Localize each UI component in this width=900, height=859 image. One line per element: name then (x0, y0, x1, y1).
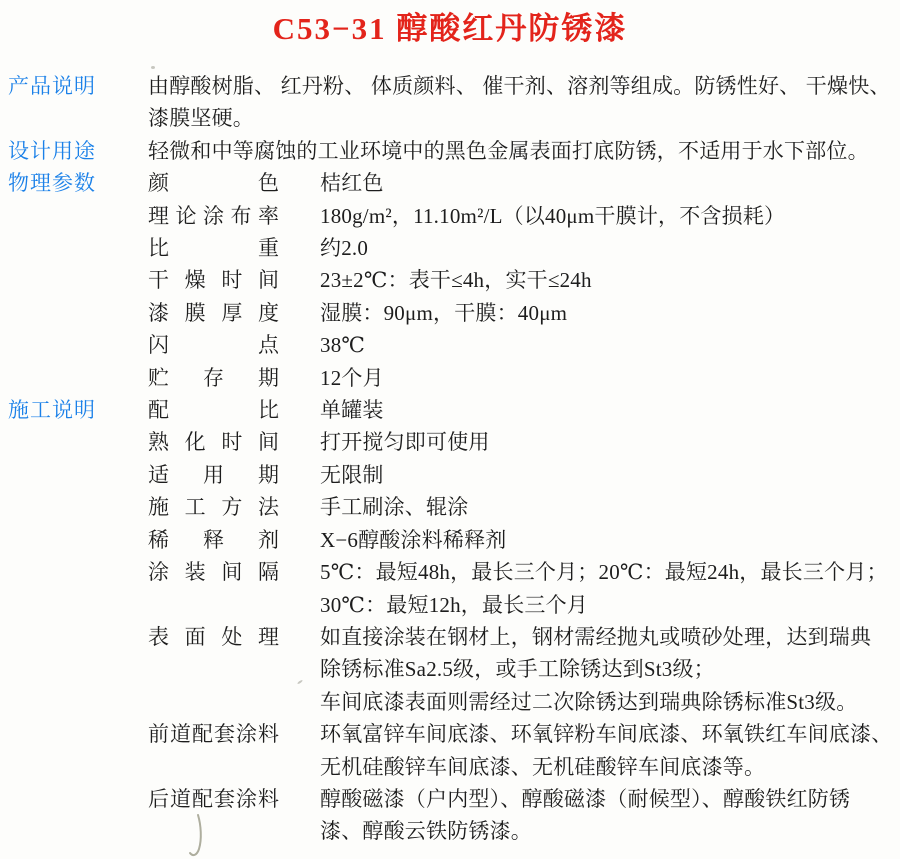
spec-row: 适用期无限制 (148, 459, 892, 491)
field-value: 180g/m²，11.10m²/L（以40μm干膜计，不含损耗） (320, 200, 892, 232)
value-line: 无限制 (320, 459, 892, 491)
field-label: 干燥时间 (148, 264, 279, 296)
document-body: 产品说明由醇酸树脂、 红丹粉、 体质颜料、 催干剂、溶剂等组成。防锈性好、 干燥… (0, 51, 900, 848)
spec-row: 前道配套涂料环氧富锌车间底漆、环氧锌粉车间底漆、环氧铁红车间底漆、无机硅酸锌车间… (148, 718, 892, 783)
spec-row: 后道配套涂料醇酸磁漆（户内型）、醇酸磁漆（耐候型）、醇酸铁红防锈漆、醇酸云铁防锈… (148, 783, 892, 848)
field-value: 桔红色 (320, 167, 892, 199)
section-rows: 配比单罐装熟化时间打开搅匀即可使用适用期无限制施工方法手工刷涂、辊涂稀释剂X−6… (148, 394, 892, 848)
spec-row: 由醇酸树脂、 红丹粉、 体质颜料、 催干剂、溶剂等组成。防锈性好、 干燥快、漆膜… (148, 70, 892, 135)
field-label: 理论涂布率 (148, 200, 279, 232)
value-line: 单罐装 (320, 394, 892, 426)
spec-row: 贮存期12个月 (148, 362, 892, 394)
value-line: 湿膜：90μm，干膜：40μm (320, 297, 892, 329)
value-line: 手工刷涂、辊涂 (320, 491, 892, 523)
value-line: 30℃：最短12h，最长三个月 (320, 589, 892, 621)
spec-row: 配比单罐装 (148, 394, 892, 426)
field-value: 5℃：最短48h，最长三个月；20℃：最短24h，最长三个月；30℃：最短12h… (320, 556, 892, 621)
section-heading: 施工说明 (8, 394, 148, 426)
section-block: 施工说明配比单罐装熟化时间打开搅匀即可使用适用期无限制施工方法手工刷涂、辊涂稀释… (8, 394, 892, 848)
value-line: 180g/m²，11.10m²/L（以40μm干膜计，不含损耗） (320, 200, 892, 232)
section-heading: 设计用途 (8, 135, 148, 167)
field-label: 比重 (148, 232, 279, 264)
value-line: 12个月 (320, 362, 892, 394)
value-line: X−6醇酸涂料稀释剂 (320, 524, 892, 556)
field-value: 湿膜：90μm，干膜：40μm (320, 297, 892, 329)
spec-row: 稀释剂X−6醇酸涂料稀释剂 (148, 524, 892, 556)
section-block: 产品说明由醇酸树脂、 红丹粉、 体质颜料、 催干剂、溶剂等组成。防锈性好、 干燥… (8, 70, 892, 135)
spec-row: 熟化时间打开搅匀即可使用 (148, 426, 892, 458)
spec-row: 颜色桔红色 (148, 167, 892, 199)
field-value: 单罐装 (320, 394, 892, 426)
field-value: 约2.0 (320, 232, 892, 264)
field-label: 表面处理 (148, 621, 279, 653)
field-label: 施工方法 (148, 491, 279, 523)
section-rows: 由醇酸树脂、 红丹粉、 体质颜料、 催干剂、溶剂等组成。防锈性好、 干燥快、漆膜… (148, 70, 892, 135)
field-value: 12个月 (320, 362, 892, 394)
spec-row: 轻微和中等腐蚀的工业环境中的黑色金属表面打底防锈，不适用于水下部位。 (148, 135, 892, 167)
field-value: 38℃ (320, 329, 892, 361)
spec-row: 闪点38℃ (148, 329, 892, 361)
value-line: 漆、醇酸云铁防锈漆。 (320, 815, 892, 847)
field-value: 23±2℃：表干≤4h，实干≤24h (320, 264, 892, 296)
field-label: 颜色 (148, 167, 279, 199)
field-label: 配比 (148, 394, 279, 426)
field-label: 熟化时间 (148, 426, 279, 458)
section-block: 物理参数颜色桔红色理论涂布率180g/m²，11.10m²/L（以40μm干膜计… (8, 167, 892, 394)
value-line: 5℃：最短48h，最长三个月；20℃：最短24h，最长三个月； (320, 556, 892, 588)
spec-row: 施工方法手工刷涂、辊涂 (148, 491, 892, 523)
value-line: 无机硅酸锌车间底漆、无机硅酸锌车间底漆等。 (320, 751, 892, 783)
section-rows: 颜色桔红色理论涂布率180g/m²，11.10m²/L（以40μm干膜计，不含损… (148, 167, 892, 394)
field-value: 如直接涂装在钢材上，钢材需经抛丸或喷砂处理，达到瑞典除锈标准Sa2.5级，或手工… (320, 621, 892, 718)
spec-row: 理论涂布率180g/m²，11.10m²/L（以40μm干膜计，不含损耗） (148, 200, 892, 232)
value-line: 38℃ (320, 329, 892, 361)
field-value: 轻微和中等腐蚀的工业环境中的黑色金属表面打底防锈，不适用于水下部位。 (148, 135, 892, 167)
value-line: 打开搅匀即可使用 (320, 426, 892, 458)
value-line: 漆膜坚硬。 (148, 102, 892, 134)
scanned-document-page: { "title": { "text": "C53−31 醇酸红丹防锈漆" },… (0, 0, 900, 859)
field-label: 稀释剂 (148, 524, 279, 556)
field-value: 醇酸磁漆（户内型）、醇酸磁漆（耐候型）、醇酸铁红防锈漆、醇酸云铁防锈漆。 (320, 783, 892, 848)
section-heading: 物理参数 (8, 167, 148, 199)
field-label: 闪点 (148, 329, 279, 361)
field-label: 涂装间隔 (148, 556, 279, 588)
value-line: 23±2℃：表干≤4h，实干≤24h (320, 264, 892, 296)
value-line: 由醇酸树脂、 红丹粉、 体质颜料、 催干剂、溶剂等组成。防锈性好、 干燥快、 (148, 70, 892, 102)
spec-row: 涂装间隔5℃：最短48h，最长三个月；20℃：最短24h，最长三个月；30℃：最… (148, 556, 892, 621)
section-block: 设计用途轻微和中等腐蚀的工业环境中的黑色金属表面打底防锈，不适用于水下部位。 (8, 135, 892, 167)
spec-row: 干燥时间23±2℃：表干≤4h，实干≤24h (148, 264, 892, 296)
field-label: 贮存期 (148, 362, 279, 394)
field-label: 后道配套涂料 (148, 783, 279, 815)
section-heading: 产品说明 (8, 70, 148, 102)
field-value: 无限制 (320, 459, 892, 491)
value-line: 约2.0 (320, 232, 892, 264)
page-title: C53−31 醇酸红丹防锈漆 (0, 7, 900, 51)
field-value: 由醇酸树脂、 红丹粉、 体质颜料、 催干剂、溶剂等组成。防锈性好、 干燥快、漆膜… (148, 70, 892, 135)
value-line: 环氧富锌车间底漆、环氧锌粉车间底漆、环氧铁红车间底漆、 (320, 718, 892, 750)
value-line: 如直接涂装在钢材上，钢材需经抛丸或喷砂处理，达到瑞典 (320, 621, 892, 653)
spec-row: 表面处理如直接涂装在钢材上，钢材需经抛丸或喷砂处理，达到瑞典除锈标准Sa2.5级… (148, 621, 892, 718)
value-line: 除锈标准Sa2.5级，或手工除锈达到St3级； (320, 653, 892, 685)
value-line: 醇酸磁漆（户内型）、醇酸磁漆（耐候型）、醇酸铁红防锈 (320, 783, 892, 815)
field-label: 漆膜厚度 (148, 297, 279, 329)
value-line: 桔红色 (320, 167, 892, 199)
field-label: 适用期 (148, 459, 279, 491)
value-line: 车间底漆表面则需经过二次除锈达到瑞典除锈标准St3级。 (320, 686, 892, 718)
value-line: 轻微和中等腐蚀的工业环境中的黑色金属表面打底防锈，不适用于水下部位。 (148, 135, 892, 167)
field-value: 打开搅匀即可使用 (320, 426, 892, 458)
field-value: 手工刷涂、辊涂 (320, 491, 892, 523)
section-rows: 轻微和中等腐蚀的工业环境中的黑色金属表面打底防锈，不适用于水下部位。 (148, 135, 892, 167)
field-label: 前道配套涂料 (148, 718, 279, 750)
spec-row: 比重约2.0 (148, 232, 892, 264)
spec-row: 漆膜厚度湿膜：90μm，干膜：40μm (148, 297, 892, 329)
field-value: 环氧富锌车间底漆、环氧锌粉车间底漆、环氧铁红车间底漆、无机硅酸锌车间底漆、无机硅… (320, 718, 892, 783)
field-value: X−6醇酸涂料稀释剂 (320, 524, 892, 556)
